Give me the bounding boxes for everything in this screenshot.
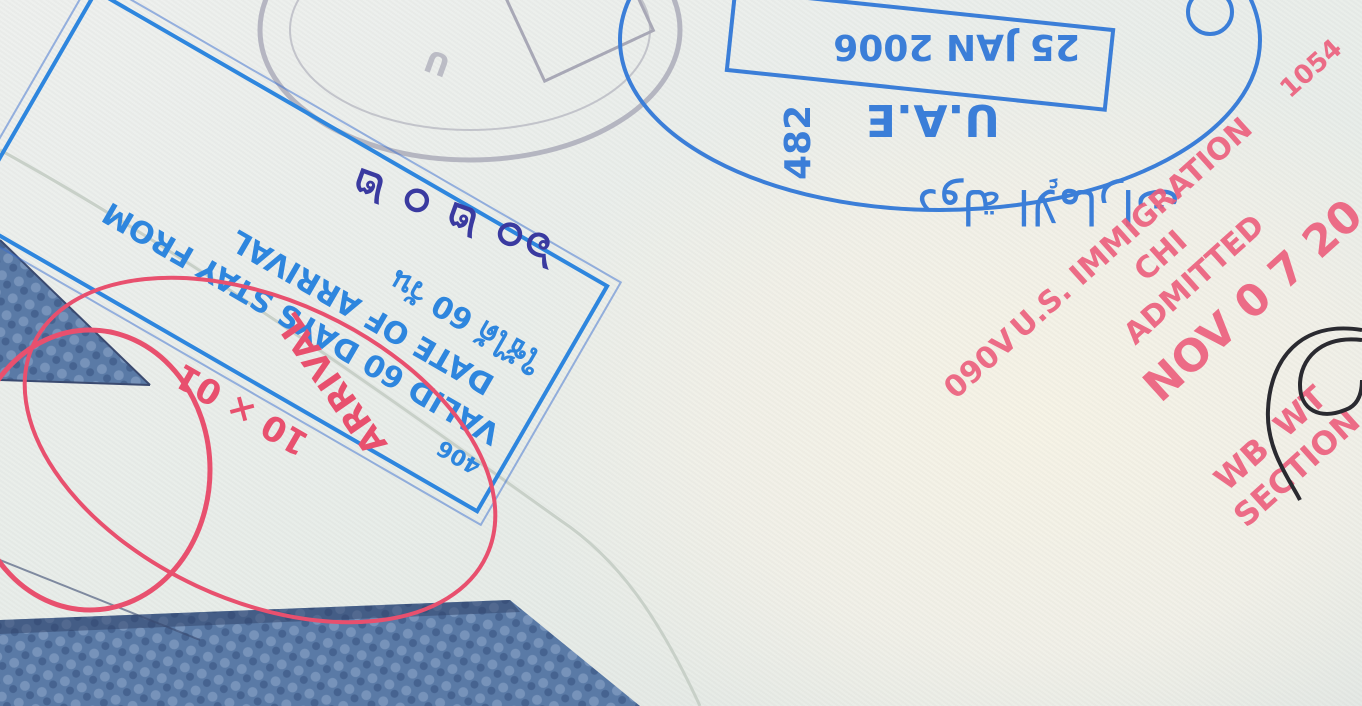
pen-signature — [0, 0, 1362, 706]
passport-page-photo: U 406 VALID 60 DAYS STAY FROM DATE OF AR… — [0, 0, 1362, 706]
